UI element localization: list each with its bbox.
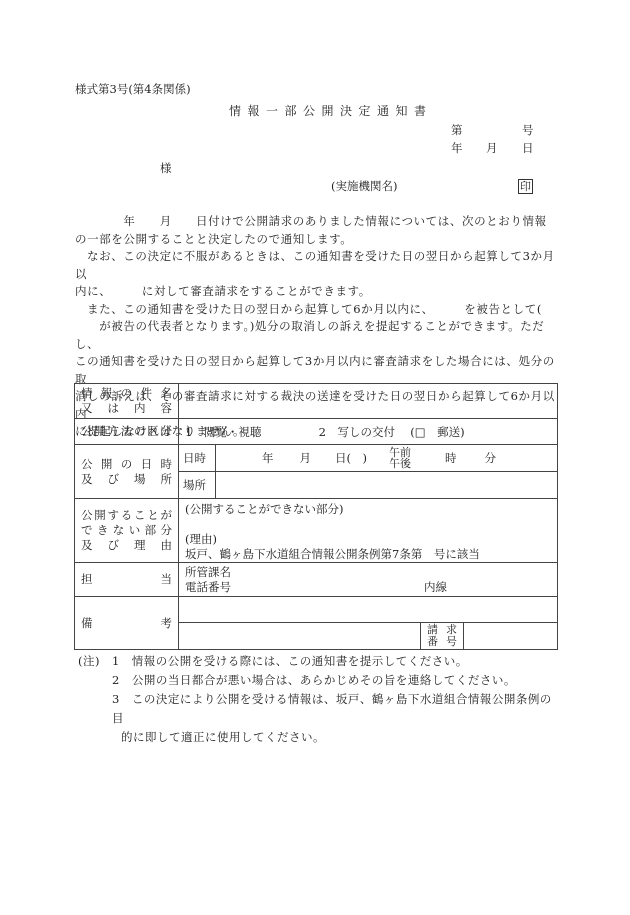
number-suffix: 号 [522,125,534,137]
date-month: 月 [486,143,498,155]
table-row-datetime: 公開の日時 及び場所 日時 年 月 日( ) 午前 午後 時 分 [75,445,558,472]
subject-label: 情報の件名 又は内容 [75,384,179,419]
undisclosed-part-heading: (公開することができない部分) [185,502,551,517]
table-row-contact: 担当 所管課名 電話番号 内線 [75,563,558,597]
subject-value [179,384,558,419]
mail-checkbox-note: (□ 郵送) [410,425,464,439]
label-line: できない部分 [81,523,172,538]
request-number-label: 請求 番号 [421,623,464,650]
label-line: 公開の日時 [81,457,172,472]
undisclosed-value: (公開することができない部分) (理由) 坂戸、鶴ヶ島下水道組合情報公開条例第7… [179,499,558,563]
remarks-label: 備考 [75,597,179,650]
extension-field: 内線 [424,580,447,595]
notes-prefix: (注) [78,652,100,671]
body-line: また、この通知書を受けた日の翌日から起算して6か月以内に、 を被告として( [75,301,557,319]
remarks-value [179,597,558,623]
date-day: 日 [522,143,534,155]
note-item: 3 この決定により公開を受ける情報は、坂戸、鶴ヶ島下水道組合情報公開条例の目 [78,690,558,728]
undisclosed-label: 公開することが できない部分 及び理由 [75,499,179,563]
contact-value: 所管課名 電話番号 内線 [179,563,558,597]
body-line: 内に、 に対して審査請求をすることができます。 [75,283,557,301]
body-line: なお、この決定に不服があるときは、この通知書を受けた日の翌日から起算して3か月以 [75,248,557,283]
hour-unit: 時 [445,450,457,466]
reason-text: 坂戸、鶴ヶ島下水道組合情報公開条例第7条第 号に該当 [185,547,551,562]
place-value [216,472,558,499]
pm-option: 午後 [389,458,411,469]
reason-heading: (理由) [185,532,551,547]
day-unit: 日( ) [335,450,367,466]
body-line: が被告の代表者となります。)処分の取消しの訴えを提起することができます。ただし、 [75,318,557,353]
number-prefix: 第 [451,125,463,137]
label-line: 及び理由 [81,538,172,553]
note-item: 的に即して適正に使用してください。 [78,728,558,747]
month-unit: 月 [300,450,312,466]
phone-field: 電話番号 [185,580,231,595]
year-unit: 年 [262,450,274,466]
method-option-2: 2 写しの交付 [319,425,395,439]
minute-unit: 分 [484,450,496,466]
document-title: 情報一部公開決定通知書 [229,105,433,117]
datetime-place-label: 公開の日時 及び場所 [75,445,179,499]
method-option-1: 1 閲覧・視聴 [185,425,261,439]
note-item: 2 公開の当日都合が悪い場合は、あらかじめその旨を連絡してください。 [78,671,558,690]
method-label: 公開方法の区分 [75,419,179,445]
notes: (注) 1 情報の公開を受ける際には、この通知書を提示してください。 2 公開の… [78,652,558,747]
table-row-subject: 情報の件名 又は内容 [75,384,558,419]
label-line: 番号 [427,636,457,648]
department-field: 所管課名 [185,565,551,580]
request-number-value [464,623,558,650]
datetime-value: 年 月 日( ) 午前 午後 時 分 [216,445,558,472]
method-value: 1 閲覧・視聴 2 写しの交付 (□ 郵送) [179,419,558,445]
table-row-undisclosed: 公開することが できない部分 及び理由 (公開することができない部分) (理由)… [75,499,558,563]
addressee-suffix: 様 [160,163,172,175]
label-line: 情報の件名 [81,386,172,401]
table-row-remarks-top: 備考 [75,597,558,623]
decision-table: 情報の件名 又は内容 公開方法の区分 1 閲覧・視聴 2 写しの交付 (□ 郵送… [74,383,558,650]
agency-name: (実施機関名) [331,181,397,193]
form-number: 様式第3号(第4条関係) [75,84,191,96]
place-sublabel: 場所 [179,472,216,499]
table-row-method: 公開方法の区分 1 閲覧・視聴 2 写しの交付 (□ 郵送) [75,419,558,445]
body-line: の一部を公開することと決定したので通知します。 [75,231,557,249]
body-line: 年 月 日付けで公開請求のありました情報については、次のとおり情報 [75,213,557,231]
label-line: 又は内容 [81,401,172,416]
note-item: 1 情報の公開を受ける際には、この通知書を提示してください。 [112,652,468,671]
datetime-sublabel: 日時 [179,445,216,472]
label-line: 公開することが [81,508,172,523]
date-year: 年 [451,143,463,155]
contact-label: 担当 [75,563,179,597]
remarks-value-continued [179,623,421,650]
label-line: 及び場所 [81,472,172,487]
seal-icon: 印 [518,179,533,194]
